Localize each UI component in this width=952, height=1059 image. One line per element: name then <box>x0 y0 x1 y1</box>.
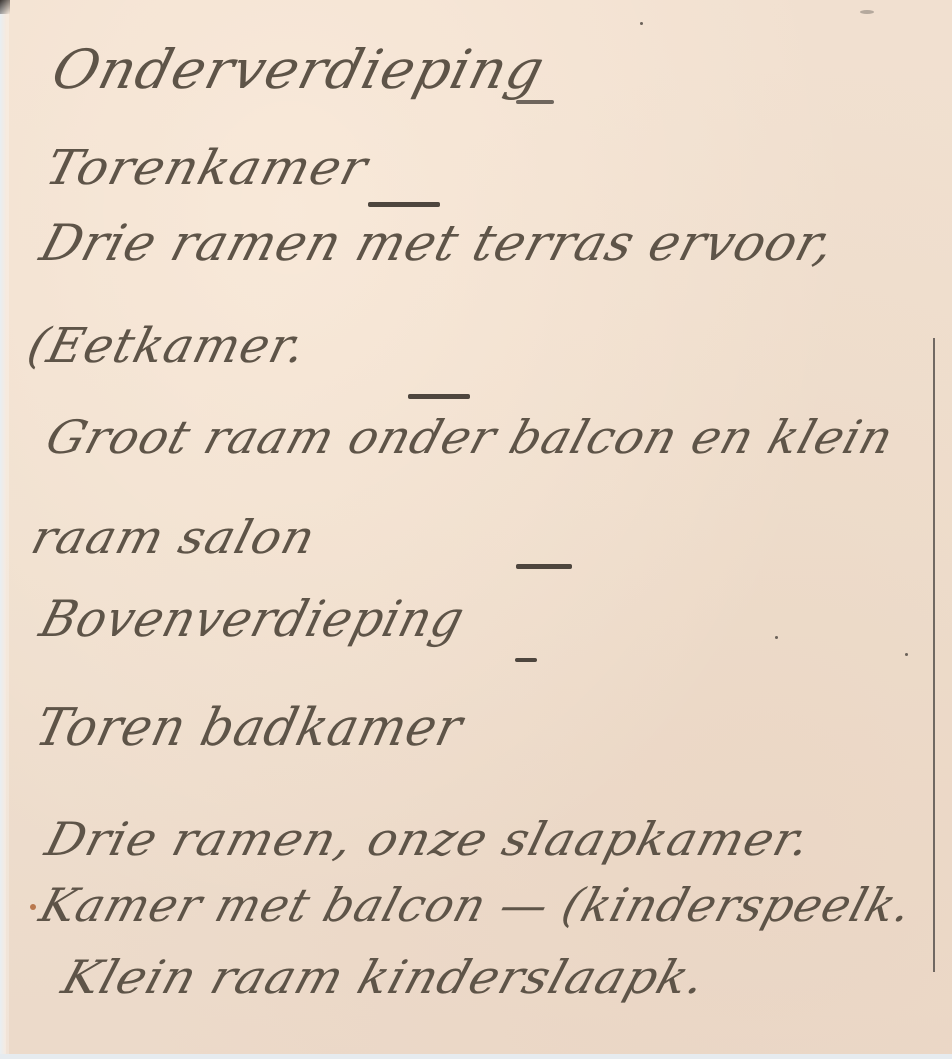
dash-mark <box>408 394 470 399</box>
page-bottom-edge <box>0 1054 952 1059</box>
paper-speck <box>860 10 874 14</box>
paper-speck <box>905 653 908 656</box>
torn-corner <box>0 0 10 14</box>
line-klein-raam: Klein raam kinderslaapk. <box>56 950 713 1004</box>
dash-mark <box>516 564 572 569</box>
line-eetkamer: (Eetkamer. <box>22 318 312 374</box>
line-kamer-met-balcon: Kamer met balcon — (kinderspeelk. <box>34 878 919 932</box>
line-torenkamer: Torenkamer <box>40 140 374 196</box>
paper-speck <box>775 636 778 639</box>
printed-vertical-rule <box>933 338 935 972</box>
line-raam-salon: raam salon <box>26 510 322 564</box>
line-drie-ramen-terras: Drie ramen met terras ervoor, <box>34 214 842 272</box>
dash-mark <box>368 202 440 207</box>
line-onderverdieping: Onderverdieping <box>46 38 551 101</box>
line-groot-raam-balcon: Groot raam onder balcon en klein <box>40 410 900 464</box>
paper-speck <box>640 22 643 25</box>
dash-mark <box>515 658 537 662</box>
paper-speck <box>30 904 36 910</box>
line-toren-badkamer: Toren badkamer <box>30 698 469 758</box>
line-drie-ramen-slaapkamer: Drie ramen, onze slaapkamer. <box>40 812 817 866</box>
line-bovenverdieping: Bovenverdieping <box>34 590 471 648</box>
dash-mark <box>516 100 554 104</box>
